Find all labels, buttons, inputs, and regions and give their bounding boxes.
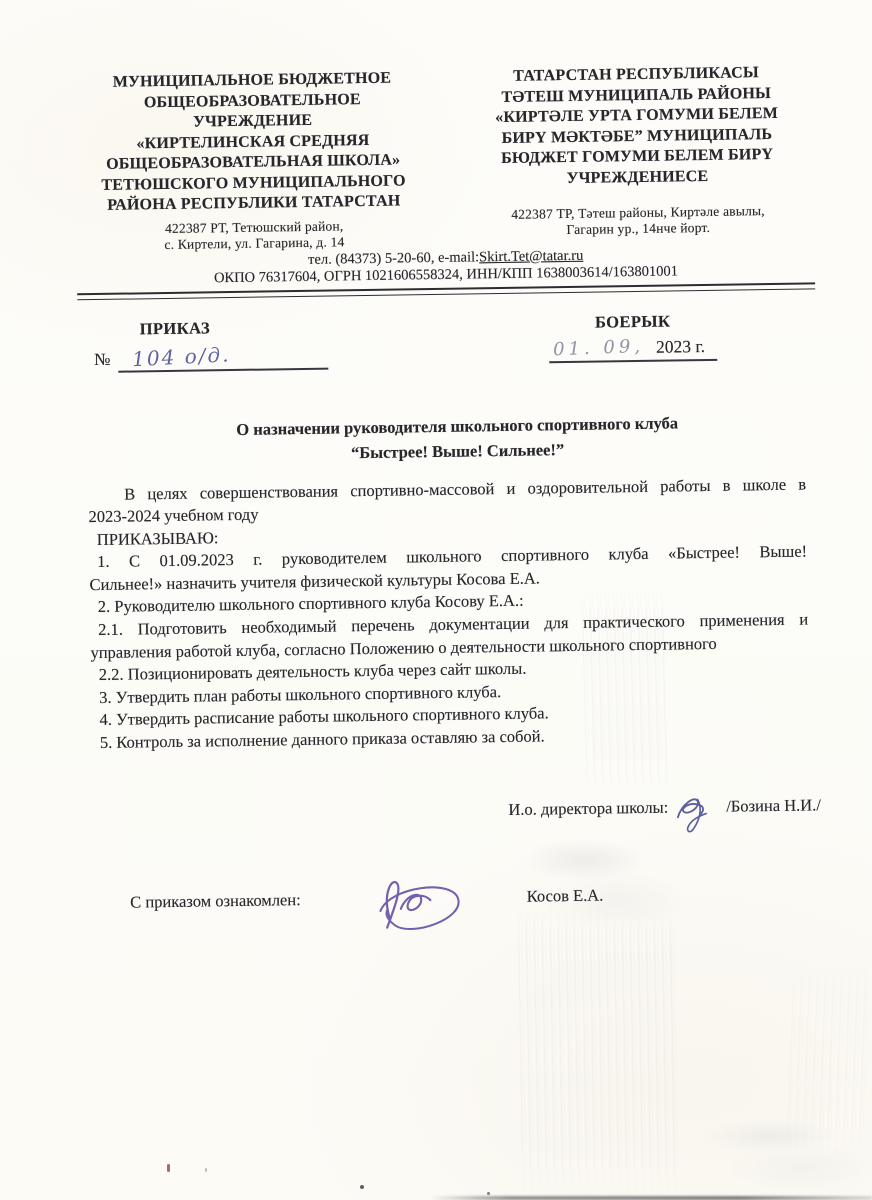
director-signoff: И.о. директора школы: /Бозина Н.И./: [85, 778, 824, 843]
scanned-order-page: МУНИЦИПАЛЬНОЕ БЮДЖЕТНОЕ ОБЩЕОБРАЗОВАТЕЛЬ…: [0, 0, 872, 1200]
kosov-signature: [362, 861, 475, 939]
order-type-label: ПРИКАЗ: [94, 315, 394, 339]
phone-label: тел. (84373) 5-20-60, e-mail:: [308, 249, 479, 268]
org-address-russian: 422387 РТ, Тетюшский район, с. Киртели, …: [76, 217, 432, 254]
order-date-underline: 01. 09,2023 г.: [549, 335, 717, 362]
document-content: МУНИЦИПАЛЬНОЕ БЮДЖЕТНОЕ ОБЩЕОБРАЗОВАТЕЛЬ…: [0, 0, 872, 1200]
order-head-tatar: БОЕРЫК 01. 09,2023 г.: [498, 310, 769, 367]
scan-edge-shadow: [430, 1196, 872, 1200]
letterhead: МУНИЦИПАЛЬНОЕ БЮДЖЕТНОЕ ОБЩЕОБРАЗОВАТЕЛЬ…: [74, 62, 815, 253]
signoff-name: /Бозина Н.И./: [726, 795, 821, 816]
printed-year: 2023 г.: [656, 335, 705, 356]
org-name-russian: МУНИЦИПАЛЬНОЕ БЮДЖЕТНОЕ ОБЩЕОБРАЗОВАТЕЛЬ…: [74, 68, 433, 254]
order-title: О назначении руководителя школьного спор…: [79, 408, 818, 469]
org-address-tatar: 422387 ТР, Тәтеш районы, Киртәле авылы, …: [462, 202, 814, 239]
order-date-line: 01. 09,2023 г.: [498, 335, 768, 364]
acknowledgement: С приказом ознакомлен: Косов Е.А.: [86, 854, 825, 941]
scan-speck-dark-2: [487, 1192, 490, 1195]
org-name-tatar: ТАТАРСТАН РЕСПУБЛИКАСЫ ТӘТЕШ МУНИЦИПАЛЬ …: [460, 62, 815, 248]
order-head-russian: ПРИКАЗ №104 о/д.: [94, 315, 395, 372]
director-signature: [672, 783, 723, 838]
order-body: В целях совершенствования спортивно-масс…: [80, 473, 822, 755]
scan-speck-gray: [205, 1168, 207, 1172]
number-sign: №: [94, 349, 111, 368]
order-type-label-tatar: БОЕРЫК: [498, 310, 768, 334]
handwritten-date: 01. 09,: [553, 335, 645, 360]
acknowledgement-name: Косов Е.А.: [527, 885, 604, 906]
email-address: Skirt.Tet@tatar.ru: [479, 247, 583, 265]
scan-speck-red: [167, 1164, 170, 1172]
handwritten-order-number: 104 о/д.: [132, 342, 231, 371]
order-number-underline: 104 о/д.: [118, 342, 328, 372]
order-head: ПРИКАЗ №104 о/д. БОЕРЫК 01. 09,2023 г.: [78, 309, 817, 373]
org-line: РАЙОНА РЕСПУБЛИКИ ТАТАРСТАН: [76, 191, 432, 217]
scan-speck-dark: [360, 1185, 364, 1189]
signoff-label: И.о. директора школы:: [508, 797, 668, 819]
acknowledgement-label: С приказом ознакомлен:: [130, 890, 301, 913]
order-number-line: №104 о/д.: [94, 341, 394, 372]
